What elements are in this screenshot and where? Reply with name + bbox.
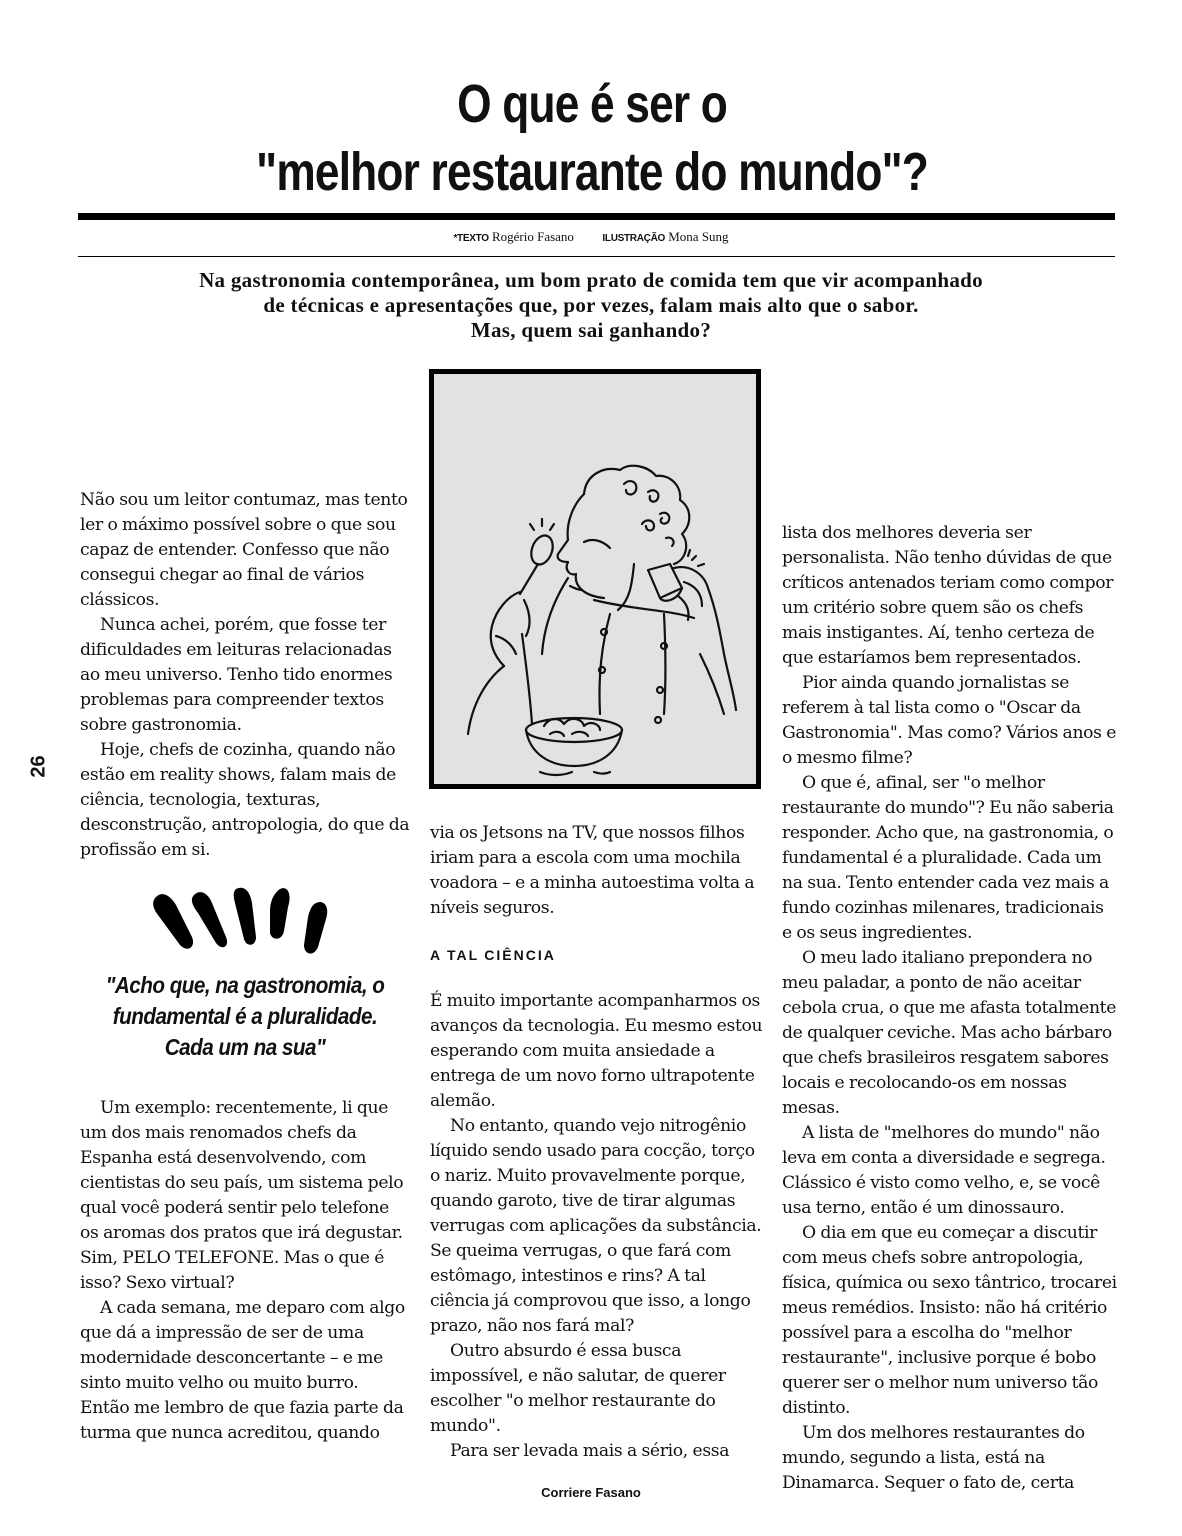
paragraph: Para ser levada mais a sério, essa xyxy=(430,1439,765,1464)
title-line-1: O que é ser o xyxy=(107,70,1076,138)
paragraph: O meu lado italiano prepondera no meu pa… xyxy=(782,946,1117,1121)
byline-illustration-label: ILUSTRAÇÃO xyxy=(602,233,665,244)
paragraph: lista dos melhores deveria ser personali… xyxy=(782,521,1117,671)
quote-marks-icon xyxy=(140,885,340,965)
paragraph: O dia em que eu começar a discutir com m… xyxy=(782,1221,1117,1421)
article-title: O que é ser o "melhor restaurante do mun… xyxy=(107,70,1076,206)
paragraph: No entanto, quando vejo nitrogênio líqui… xyxy=(430,1114,765,1339)
lede-line: Mas, quem sai ganhando? xyxy=(0,318,1182,343)
byline: *TEXTO Rogério Fasano ILUSTRAÇÃO Mona Su… xyxy=(0,229,1182,245)
paragraph: Hoje, chefs de cozinha, quando não estão… xyxy=(80,738,410,863)
paragraph: via os Jetsons na TV, que nossos filhos … xyxy=(430,821,765,921)
chef-illustration xyxy=(429,369,761,789)
paragraph: Um exemplo: recentemente, li que um dos … xyxy=(80,1096,410,1296)
lede-line: de técnicas e apresentações que, por vez… xyxy=(0,293,1182,318)
paragraph: A cada semana, me deparo com algo que dá… xyxy=(80,1296,410,1446)
paragraph: A lista de "melhores do mundo" não leva … xyxy=(782,1121,1117,1221)
byline-author: Rogério Fasano xyxy=(492,229,574,244)
paragraph: É muito importante acompanharmos os avan… xyxy=(430,989,765,1114)
column-1-bottom: Um exemplo: recentemente, li que um dos … xyxy=(80,1096,410,1446)
byline-text-label: *TEXTO xyxy=(453,233,488,244)
publication-footer: Corriere Fasano xyxy=(0,1485,1182,1500)
title-rule xyxy=(78,213,1115,220)
column-2: via os Jetsons na TV, que nossos filhos … xyxy=(430,821,765,1464)
pull-quote-line: fundamental é a pluralidade. xyxy=(93,1001,397,1032)
byline-rule xyxy=(78,256,1115,257)
column-1-top: Não sou um leitor contumaz, mas tento le… xyxy=(80,488,410,863)
paragraph: Não sou um leitor contumaz, mas tento le… xyxy=(80,488,410,613)
lede: Na gastronomia contemporânea, um bom pra… xyxy=(0,268,1182,343)
lede-line: Na gastronomia contemporânea, um bom pra… xyxy=(0,268,1182,293)
paragraph: Pior ainda quando jornalistas se referem… xyxy=(782,671,1117,771)
byline-illustrator: Mona Sung xyxy=(668,229,728,244)
pull-quote: "Acho que, na gastronomia, o fundamental… xyxy=(93,970,397,1063)
paragraph: Nunca achei, porém, que fosse ter dificu… xyxy=(80,613,410,738)
column-3: lista dos melhores deveria ser personali… xyxy=(782,521,1117,1496)
paragraph: Outro absurdo é essa busca impossível, e… xyxy=(430,1339,765,1439)
pull-quote-line: "Acho que, na gastronomia, o xyxy=(93,970,397,1001)
paragraph: O que é, afinal, ser "o melhor restauran… xyxy=(782,771,1117,946)
chef-tasting-illustration xyxy=(434,374,756,784)
page-number: 26 xyxy=(28,755,51,777)
pull-quote-line: Cada um na sua" xyxy=(93,1032,397,1063)
section-subhead: A TAL CIÊNCIA xyxy=(430,945,765,965)
title-line-2: "melhor restaurante do mundo"? xyxy=(107,138,1076,206)
